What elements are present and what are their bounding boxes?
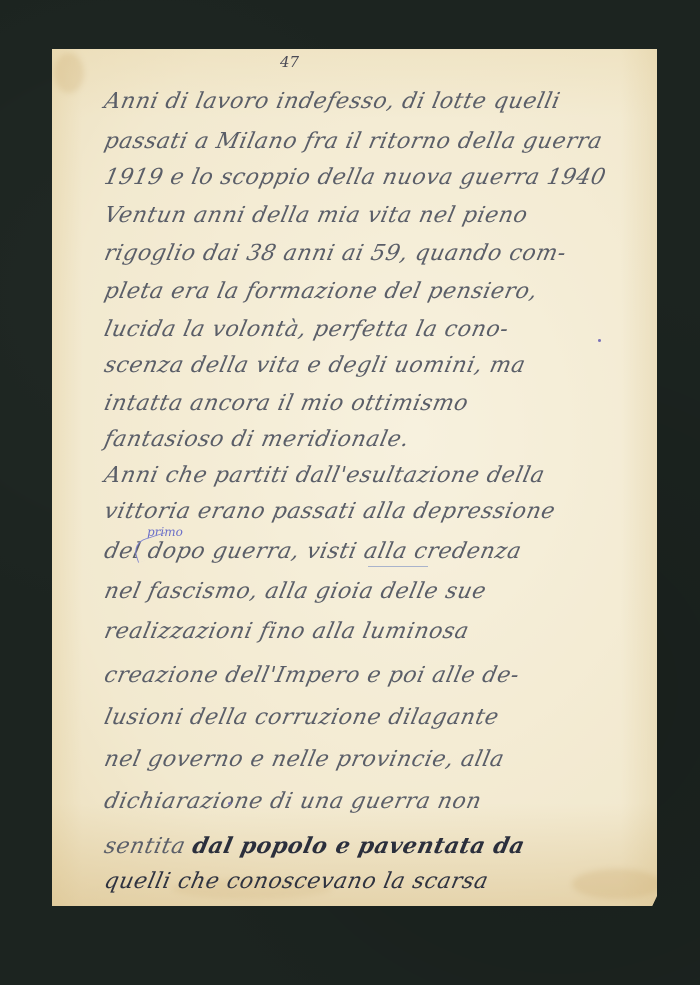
text-line-10: fantasioso di meridionale. — [102, 427, 647, 452]
text-line-19: dichiarazione di una guerra non — [102, 789, 647, 814]
text-line-6: pleta era la formazione del pensiero, — [102, 279, 647, 304]
manuscript-page: 47 Anni di lavoro indefesso, di lotte qu… — [52, 49, 657, 906]
text-line-20-dark: dal popolo e paventata da — [190, 833, 527, 859]
text-line-11: Anni che partiti dall'esultazione della — [102, 463, 647, 488]
text-line-12: vittoria erano passati alla depressione — [102, 499, 647, 524]
text-line-17: lusioni della corruzione dilagante — [102, 705, 647, 730]
text-line-16: creazione dell'Impero e poi alle de- — [102, 663, 647, 688]
word-underline — [368, 566, 428, 567]
text-line-18: nel governo e nelle provincie, alla — [102, 747, 647, 772]
text-line-5: rigoglio dai 38 anni ai 59, quando com- — [102, 241, 647, 266]
handwritten-text-body: Anni di lavoro indefesso, di lotte quell… — [52, 49, 657, 906]
text-line-4: Ventun anni della mia vita nel pieno — [102, 203, 647, 228]
text-line-1: Anni di lavoro indefesso, di lotte quell… — [102, 89, 647, 114]
ink-dot — [228, 802, 231, 805]
text-line-7: lucida la volontà, perfetta la cono- — [102, 317, 647, 342]
text-line-2: passati a Milano fra il ritorno della gu… — [102, 129, 647, 154]
text-line-13: del dopo guerra, visti alla credenza — [102, 539, 647, 564]
text-line-20-light: sentita — [102, 834, 195, 859]
text-line-14: nel fascismo, alla gioia delle sue — [102, 579, 647, 604]
text-line-20: sentita dal popolo e paventata da — [102, 833, 648, 859]
text-line-8: scenza della vita e degli uomini, ma — [102, 353, 647, 378]
text-line-9: intatta ancora il mio ottimismo — [102, 391, 647, 416]
ink-dot — [598, 339, 601, 342]
text-line-21: quelli che conoscevano la scarsa — [102, 869, 647, 894]
text-line-3: 1919 e lo scoppio della nuova guerra 194… — [102, 165, 647, 190]
text-line-15: realizzazioni fino alla luminosa — [102, 619, 647, 644]
